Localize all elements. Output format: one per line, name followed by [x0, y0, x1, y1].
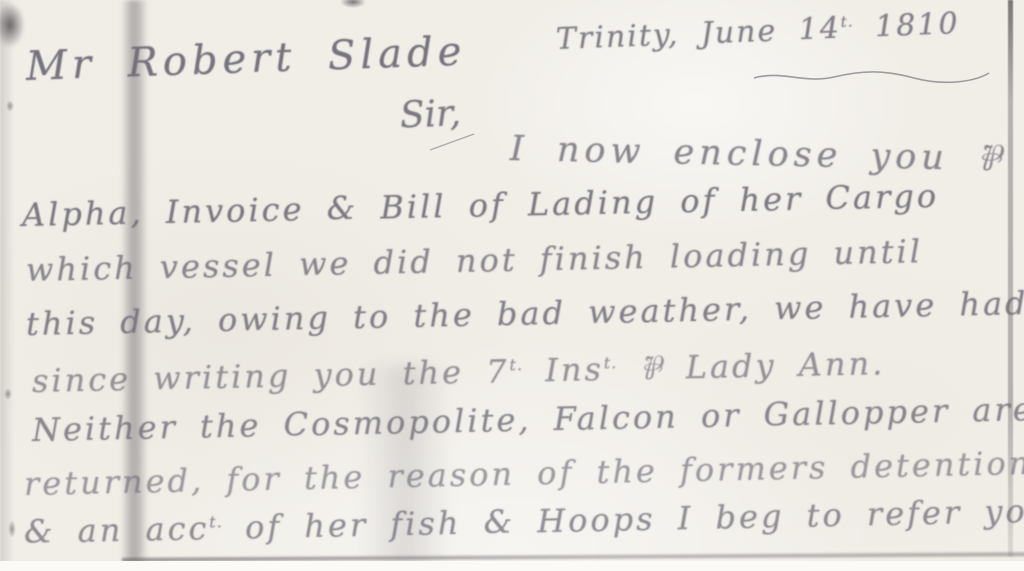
letter-line-account: & an acct. of her fish & Hoops I beg to … [24, 491, 1024, 551]
top-left-ink-blot-artifact [0, 2, 25, 48]
ink-speck-artifact [4, 388, 12, 400]
date-superscript: t. [509, 355, 523, 374]
per-sign: ⅌ [948, 138, 1005, 179]
ink-speck-artifact [6, 100, 14, 112]
salutation-flourish [428, 132, 478, 152]
letter-line-returned: returned, for the reason of the formers … [24, 444, 1024, 503]
instant-abbreviation: Ins [523, 350, 605, 390]
letter-scan-page: Trinity, June 14t. 1810 Mr Robert Slade … [0, 0, 1024, 571]
account-superscript: t. [209, 512, 223, 531]
per-sign: ⅌ [617, 349, 664, 388]
salutation: Sir, [399, 93, 462, 137]
since-text: since writing you the 7 [32, 352, 510, 400]
opening-text: I now enclose you [510, 129, 950, 178]
letter-line-vessel: which vessel we did not finish loading u… [26, 232, 924, 289]
left-edge-streak-artifact [0, 0, 14, 571]
account-text: & an acc [24, 509, 210, 551]
dateline-superscript: t. [840, 13, 853, 31]
letter-line-weather: this day, owing to the bad weather, we h… [26, 284, 1024, 343]
letter-opening-line: I now enclose you ⅌ [510, 124, 1006, 181]
dateline-place-date: Trinity, June 14 [555, 11, 841, 57]
account-tail-text: of her fish & Hoops I beg to refer you [223, 491, 1024, 546]
ink-speck-artifact [8, 520, 16, 538]
dateline-year: 1810 [853, 7, 960, 46]
letter-line-since-writing: since writing you the 7t. Inst. ⅌ Lady A… [32, 341, 886, 402]
recipient-line: Mr Robert Slade [25, 29, 467, 90]
letter-line-cargo: Alpha, Invoice & Bill of Lading of her C… [22, 177, 940, 234]
bottom-scan-margin [0, 561, 1024, 571]
top-edge-ink-mark-artifact [340, 0, 366, 8]
dateline: Trinity, June 14t. 1810 [555, 7, 960, 57]
ship-name-lady-ann: Lady Ann. [663, 344, 885, 387]
dateline-flourish-underline [752, 68, 992, 86]
instant-superscript: t. [604, 353, 618, 372]
